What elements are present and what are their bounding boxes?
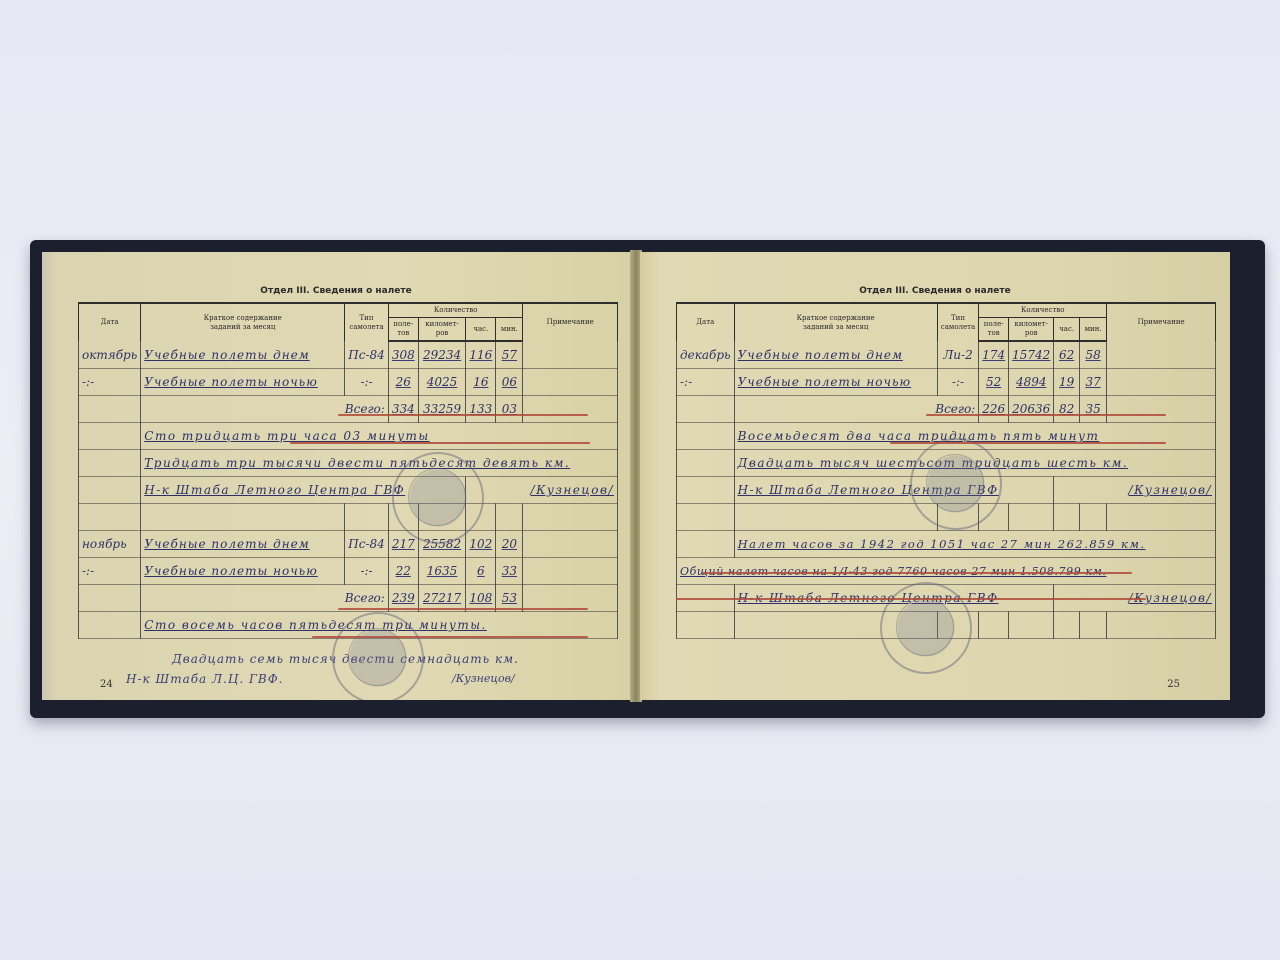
row-content: Учебные полеты днем: [141, 531, 345, 558]
row-note: [523, 558, 618, 585]
signatory-title: Н-к Штаба Летного Центра ГВФ: [734, 477, 1054, 504]
total-minutes: 35: [1079, 396, 1106, 423]
row-note: [523, 531, 618, 558]
total-hours: 82: [1054, 396, 1080, 423]
row-content: Учебные полеты днем: [734, 341, 937, 369]
total-label: Всего:: [734, 396, 979, 423]
row-content: Учебные полеты ночью: [141, 369, 345, 396]
table-row: октябрь Учебные полеты днем Пс-84 308 29…: [79, 341, 618, 369]
section-title: Отдел III. Сведения о налете: [42, 286, 630, 296]
row-note: [523, 369, 618, 396]
red-underline: [890, 442, 1166, 444]
row-minutes: 57: [496, 341, 523, 369]
header-hours: час.: [1054, 318, 1080, 342]
annual-total-row: Налет часов за 1942 год 1051 час 27 мин …: [677, 531, 1216, 558]
total-flights: 334: [388, 396, 418, 423]
row-date: ноябрь: [79, 531, 141, 558]
header-aircraft-type: Типсамолета: [937, 303, 978, 341]
header-minutes: мин.: [496, 318, 523, 342]
header-hours: час.: [466, 318, 496, 342]
row-aircraft: Ли-2: [937, 341, 978, 369]
row-km: 1635: [418, 558, 466, 585]
row-hours: 62: [1054, 341, 1080, 369]
total-row: Всего: 334 33259 133 03: [79, 396, 618, 423]
red-underline: [338, 608, 588, 610]
header-quantity: Количество: [979, 303, 1107, 318]
row-minutes: 37: [1079, 369, 1106, 396]
summary-row: Тридцать три тысячи двести пятьдесят дев…: [79, 450, 618, 477]
page-number: 24: [100, 679, 113, 690]
row-date: -:-: [79, 369, 141, 396]
signatory-name: /Кузнецов/: [466, 477, 618, 504]
official-stamp: [332, 612, 424, 700]
total-hours: 133: [466, 396, 496, 423]
signature-row: Н-к Штаба Летного Центра ГВФ /Кузнецов/: [79, 477, 618, 504]
official-stamp: [910, 438, 1002, 530]
header-aircraft-type: Типсамолета: [345, 303, 389, 341]
table-row: декабрь Учебные полеты днем Ли-2 174 157…: [677, 341, 1216, 369]
header-date: Дата: [79, 303, 141, 341]
row-hours: 116: [466, 341, 496, 369]
red-underline: [926, 414, 1166, 416]
left-page: Отдел III. Сведения о налете Дата Кратко…: [42, 252, 630, 700]
row-aircraft: -:-: [345, 369, 389, 396]
row-date: декабрь: [677, 341, 735, 369]
header-flights: поле-тов: [979, 318, 1009, 342]
row-date: октябрь: [79, 341, 141, 369]
header-flights: поле-тов: [388, 318, 418, 342]
red-underline: [702, 572, 1132, 574]
row-flights: 26: [388, 369, 418, 396]
row-km: 29234: [418, 341, 466, 369]
total-km: 33259: [418, 396, 466, 423]
section-title: Отдел III. Сведения о налете: [640, 286, 1230, 296]
row-flights: 308: [388, 341, 418, 369]
signatory-name: /Кузнецов/: [1054, 477, 1216, 504]
row-hours: 16: [466, 369, 496, 396]
red-underline: [338, 414, 588, 416]
total-label: Всего:: [141, 396, 389, 423]
header-content: Краткое содержаниезаданий за месяц: [141, 303, 345, 341]
header-minutes: мин.: [1079, 318, 1106, 342]
row-date: -:-: [79, 558, 141, 585]
row-aircraft: Пс-84: [345, 341, 389, 369]
km-in-words: Тридцать три тысячи двести пятьдесят дев…: [141, 450, 618, 477]
total-flights: 226: [979, 396, 1009, 423]
row-minutes: 58: [1079, 341, 1106, 369]
header-note: Примечание: [1107, 303, 1216, 341]
right-page: Отдел III. Сведения о налете Дата Кратко…: [640, 252, 1230, 700]
table-row: -:- Учебные полеты ночью -:- 52 4894 19 …: [677, 369, 1216, 396]
row-hours: 6: [466, 558, 496, 585]
footer-signatory-title: Н-к Штаба Л.Ц. ГВФ.: [126, 672, 283, 686]
summary-row: Сто тридцать три часа 03 минуты: [79, 423, 618, 450]
row-date: -:-: [677, 369, 735, 396]
total-minutes: 03: [496, 396, 523, 423]
header-km: километ-ров: [418, 318, 466, 342]
table-row: [79, 504, 618, 531]
row-minutes: 33: [496, 558, 523, 585]
header-content: Краткое содержаниезаданий за месяц: [734, 303, 937, 341]
row-content: Учебные полеты ночью: [734, 369, 937, 396]
red-underline: [290, 442, 590, 444]
row-minutes: 20: [496, 531, 523, 558]
row-aircraft: -:-: [345, 558, 389, 585]
flight-log-table: Дата Краткое содержаниезаданий за месяц …: [78, 302, 618, 639]
row-km: 4025: [418, 369, 466, 396]
row-hours: 19: [1054, 369, 1080, 396]
header-note: Примечание: [523, 303, 618, 341]
header-date: Дата: [677, 303, 735, 341]
annual-flight-total: Налет часов за 1942 год 1051 час 27 мин …: [734, 531, 1215, 558]
footer-signatory-name: /Кузнецов/: [452, 672, 515, 685]
row-content: Учебные полеты днем: [141, 341, 345, 369]
row-note: [1107, 341, 1216, 369]
row-flights: 22: [388, 558, 418, 585]
red-underline: [312, 636, 588, 638]
table-row: ноябрь Учебные полеты днем Пс-84 217 255…: [79, 531, 618, 558]
table-row: -:- Учебные полеты ночью -:- 22 1635 6 3…: [79, 558, 618, 585]
row-km: 4894: [1009, 369, 1054, 396]
row-aircraft: -:-: [937, 369, 978, 396]
header-quantity: Количество: [388, 303, 523, 318]
row-flights: 174: [979, 341, 1009, 369]
row-flights: 52: [979, 369, 1009, 396]
red-underline: [676, 598, 1146, 600]
row-minutes: 06: [496, 369, 523, 396]
total-row: Всего: 226 20636 82 35: [677, 396, 1216, 423]
row-hours: 102: [466, 531, 496, 558]
header-km: километ-ров: [1009, 318, 1054, 342]
total-km: 20636: [1009, 396, 1054, 423]
row-content: Учебные полеты ночью: [141, 558, 345, 585]
page-number: 25: [1167, 679, 1180, 690]
row-km: 15742: [1009, 341, 1054, 369]
hours-in-words: Сто тридцать три часа 03 минуты: [141, 423, 618, 450]
official-stamp: [392, 452, 484, 544]
row-note: [1107, 369, 1216, 396]
table-row: -:- Учебные полеты ночью -:- 26 4025 16 …: [79, 369, 618, 396]
row-note: [523, 341, 618, 369]
row-aircraft: Пс-84: [345, 531, 389, 558]
official-stamp: [880, 582, 972, 674]
